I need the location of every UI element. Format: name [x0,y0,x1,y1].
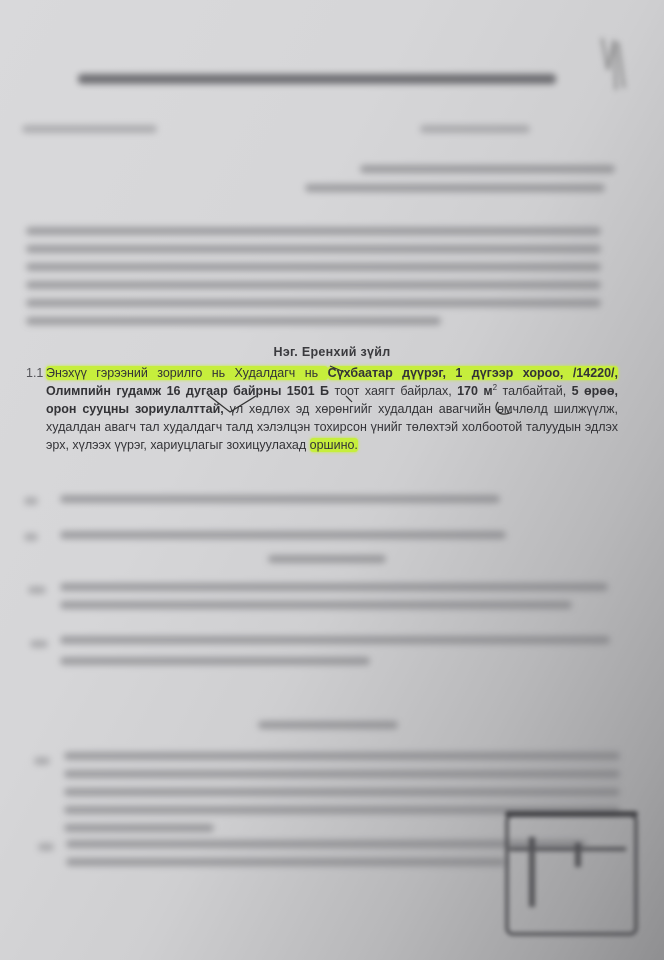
clause-segment: 170 м [457,384,493,398]
redacted-date [420,125,530,133]
redacted-section-3-heading [258,721,398,729]
section-heading: Нэг. Еренхий зүйл [0,345,664,359]
redacted-location [22,125,157,133]
document-page: Нэг. Еренхий зүйл 1.1 Энэхүү гэрээний зо… [0,0,664,960]
clause-number: 1.1 [26,364,43,382]
clause-segment: талбайтай, [497,384,572,398]
clause-text: Энэхүү гэрээний зорилго нь Худалдагч нь … [46,364,618,454]
redacted-title [78,74,556,84]
official-stamp [505,813,638,936]
clause-segment: Сүхбаатар дүүрэг, 1 дүгээр хороо, /14220… [328,366,618,380]
redacted-contract-no-1 [360,165,615,173]
clause-segment: Энэхүү гэрээний зорилго нь Худалдагч нь [46,366,328,380]
redacted-contract-no-2 [305,184,605,192]
clause-segment: тоот хаягт байрлах, [329,384,457,398]
redacted-section-2-heading [268,555,386,563]
clause-segment: Олимпийн гудамж 16 дугаар байрны 1501 Б [46,384,329,398]
signature-mark [598,30,628,100]
clause-segment: оршино. [310,438,358,452]
